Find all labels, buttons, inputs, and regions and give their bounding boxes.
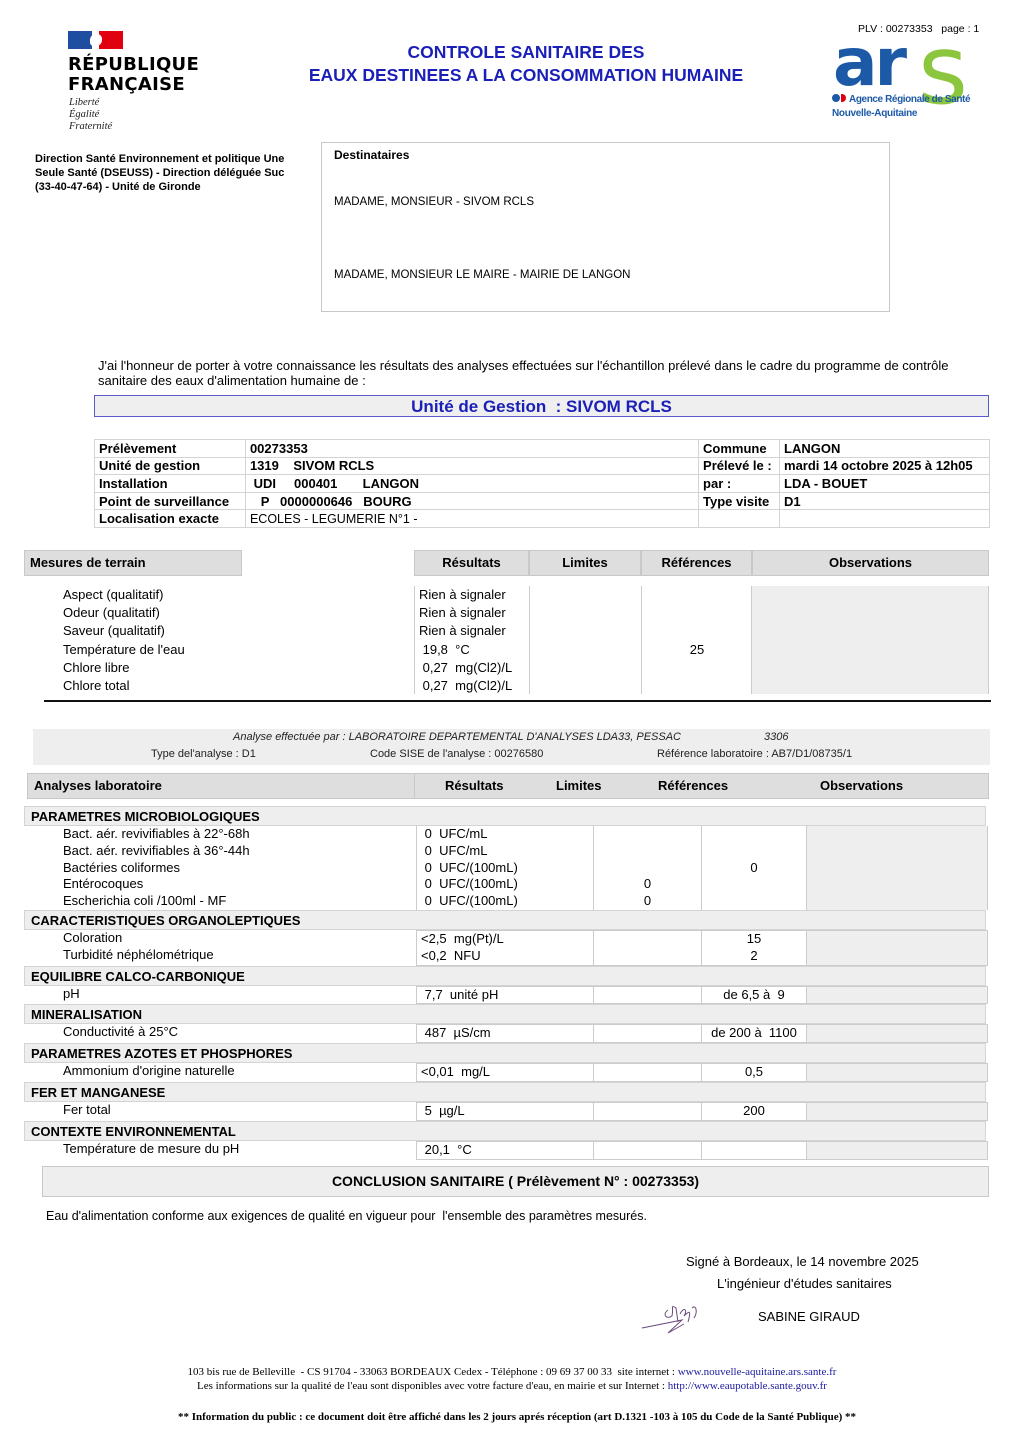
lab-row-reference [702, 843, 806, 860]
installation-label: Installation [95, 475, 246, 493]
lab-row-reference: 2 [702, 948, 806, 965]
title-line1: CONTROLE SANITAIRE DES [250, 41, 802, 64]
empty-cell [780, 510, 990, 528]
motto-egalite: Égalité [69, 109, 112, 121]
sender-direction: Direction Santé Environnement et politiq… [35, 152, 307, 194]
lab-row-result: 0 UFC/(100mL) [421, 860, 593, 877]
lab-title: Analyses laboratoire [27, 773, 415, 799]
terrain-row-reference [642, 659, 752, 677]
lab-group-header: EQUILIBRE CALCO-CARBONIQUE [24, 966, 986, 986]
lab-row-result: 487 µS/cm [421, 1025, 593, 1042]
lab-col-limits: Limites [556, 774, 602, 798]
lab-row-label: pH [63, 986, 416, 1003]
table-row: Installation UDI 000401 LANGON par : LDA… [95, 475, 990, 493]
terrain-title: Mesures de terrain [24, 550, 242, 576]
terrain-row-reference [642, 622, 752, 640]
table-row: Unité de gestion 1319 SIVOM RCLS Prélevé… [95, 457, 990, 475]
lab-group-rows: Fer total 5 µg/L 200 [24, 1102, 990, 1121]
table-row: Point de surveillance P 0000000646 BOURG… [95, 492, 990, 510]
lab-row-result: 20,1 °C [421, 1142, 593, 1159]
lab-group-header: CARACTERISTIQUES ORGANOLEPTIQUES [24, 910, 986, 930]
lab-group-rows: ColorationTurbidité néphélométrique<2,5 … [24, 930, 990, 966]
lab-row-reference [702, 826, 806, 843]
terrain-row-label: Odeur (qualitatif) [63, 604, 185, 622]
par-label: par : [699, 475, 780, 493]
lab-row-label: Entérocoques [63, 876, 416, 893]
lab-row-limit [594, 1103, 701, 1120]
lab-row-label: Coloration [63, 930, 416, 947]
divider [44, 700, 991, 702]
republic-line1: RÉPUBLIQUE [68, 55, 199, 75]
terrain-col-references: Références [641, 550, 752, 576]
lab-row-result: 7,7 unité pH [421, 987, 593, 1004]
lab-row-label: Ammonium d'origine naturelle [63, 1063, 416, 1080]
terrain-row-label: Aspect (qualitatif) [63, 586, 185, 604]
lab-col-observations: Observations [820, 774, 903, 798]
ars-logo-s: s [918, 14, 968, 126]
terrain-row-reference [642, 604, 752, 622]
prelevement-value: 00273353 [245, 440, 698, 458]
terrain-row-label: Saveur (qualitatif) [63, 622, 185, 640]
ars-region: Nouvelle-Aquitaine [832, 108, 917, 119]
lab-row-result: <0,01 mg/L [421, 1064, 593, 1081]
document-title: CONTROLE SANITAIRE DES EAUX DESTINEES A … [250, 41, 802, 87]
localisation-label: Localisation exacte [95, 510, 246, 528]
installation-value: UDI 000401 LANGON [245, 475, 698, 493]
commune-value: LANGON [780, 440, 990, 458]
terrain-row-result: Rien à signaler [419, 622, 529, 640]
lab-group-header: MINERALISATION [24, 1004, 986, 1024]
lab-row-limit [594, 826, 701, 843]
terrain-references: 25 [641, 586, 752, 694]
terrain-labels: Aspect (qualitatif)Odeur (qualitatif)Sav… [63, 586, 185, 695]
lab-row-reference: 0,5 [702, 1064, 806, 1081]
lab-group-rows: Bact. aér. revivifiables à 22°-68hBact. … [24, 826, 990, 910]
lab-row-label: Bact. aér. revivifiables à 22°-68h [63, 826, 416, 843]
empty-cell [699, 510, 780, 528]
recipient-item: MADAME, MONSIEUR - SIVOM RCLS [334, 196, 534, 208]
lab-row-limit [594, 948, 701, 965]
table-row: Localisation exacte ECOLES - LEGUMERIE N… [95, 510, 990, 528]
commune-label: Commune [699, 440, 780, 458]
signature-role: L'ingénieur d'études sanitaires [717, 1276, 892, 1291]
lab-row-label: Bactéries coliformes [63, 860, 416, 877]
sample-info-table: Prélèvement 00273353 Commune LANGON Unit… [94, 439, 990, 528]
type-visite-label: Type visite [699, 492, 780, 510]
lab-group-rows: Ammonium d'origine naturelle<0,01 mg/L 0… [24, 1063, 990, 1082]
terrain-row-reference: 25 [642, 641, 752, 659]
footer-info-link[interactable]: http://www.eaupotable.sante.gouv.fr [668, 1380, 827, 1392]
footer-info: Les informations sur la qualité de l'eau… [0, 1380, 1024, 1392]
terrain-col-results: Résultats [414, 550, 529, 576]
lab-row-label: Fer total [63, 1102, 416, 1119]
recipients-title: Destinataires [334, 148, 409, 162]
direction-line2: Seule Santé (DSEUSS) - Direction délégué… [35, 166, 307, 180]
lab-reference: Référence laboratoire : AB7/D1/08735/1 [657, 748, 852, 760]
lab-row-limit [594, 1064, 701, 1081]
signature-place-date: Signé à Bordeaux, le 14 novembre 2025 [686, 1254, 919, 1269]
republique-francaise-logo: RÉPUBLIQUE FRANÇAISE [68, 55, 199, 95]
lab-row-label: Escherichia coli /100ml - MF [63, 893, 416, 910]
lab-row-limit: 0 [594, 876, 701, 893]
preleve-le-value: mardi 14 octobre 2025 à 12h05 [780, 457, 990, 475]
lab-code: 3306 [764, 731, 788, 743]
lab-performed-by: Analyse effectuée par : LABORATOIRE DEPA… [233, 731, 681, 743]
lab-results-table: PARAMETRES MICROBIOLOGIQUESBact. aér. re… [24, 806, 990, 1160]
lab-row-limit [594, 987, 701, 1004]
terrain-results: Rien à signalerRien à signalerRien à sig… [414, 586, 529, 694]
ars-agency-text: Agence Régionale de Santé [849, 94, 970, 105]
public-notice: ** Information du public : ce document d… [0, 1411, 1024, 1423]
table-row: Prélèvement 00273353 Commune LANGON [95, 440, 990, 458]
lab-row-label: Bact. aér. revivifiables à 36°-44h [63, 843, 416, 860]
lab-row-reference [702, 893, 806, 910]
title-line2: EAUX DESTINEES A LA CONSOMMATION HUMAINE [250, 64, 802, 87]
terrain-observations [751, 586, 989, 694]
analysis-type: Type del'analyse : D1 [151, 748, 256, 760]
recipients-box: Destinataires MADAME, MONSIEUR - SIVOM R… [321, 142, 890, 312]
par-value: LDA - BOUET [780, 475, 990, 493]
lab-row-reference: 0 [702, 860, 806, 877]
lab-row-label: Température de mesure du pH [63, 1141, 416, 1158]
lab-row-label: Turbidité néphélométrique [63, 947, 416, 964]
ars-dot-icon [832, 94, 840, 102]
conclusion-title: CONCLUSION SANITAIRE ( Prélèvement N° : … [42, 1166, 989, 1197]
lab-row-result: 0 UFC/(100mL) [421, 893, 593, 910]
motto-fraternite: Fraternité [69, 121, 112, 133]
sise-code: Code SISE de l'analyse : 00276580 [370, 748, 543, 760]
terrain-row-reference [642, 586, 752, 604]
preleve-le-label: Prélevé le : [699, 457, 780, 475]
localisation-value: ECOLES - LEGUMERIE N°1 - [245, 510, 698, 528]
terrain-row-result: 0,27 mg(Cl2)/L [419, 677, 529, 695]
lab-row-result: <0,2 NFU [421, 948, 593, 965]
signatory-name: SABINE GIRAUD [758, 1309, 860, 1324]
republic-line2: FRANÇAISE [68, 75, 199, 95]
lab-col-results: Résultats [445, 774, 504, 798]
terrain-col-observations: Observations [752, 550, 989, 576]
lab-group-rows: pH 7,7 unité pH de 6,5 à 9 [24, 986, 990, 1005]
lab-row-reference [702, 876, 806, 893]
point-value: P 0000000646 BOURG [245, 492, 698, 510]
type-visite-value: D1 [780, 492, 990, 510]
footer-address: 103 bis rue de Belleville - CS 91704 - 3… [0, 1366, 1024, 1378]
lab-group-rows: Température de mesure du pH 20,1 °C [24, 1141, 990, 1160]
motto: Liberté Égalité Fraternité [69, 97, 112, 133]
lab-row-reference: 200 [702, 1103, 806, 1120]
lab-row-limit [594, 931, 701, 948]
lab-row-reference: de 6,5 à 9 [702, 987, 806, 1004]
conclusion-text: Eau d'alimentation conforme aux exigence… [46, 1209, 647, 1223]
lab-row-reference: de 200 à 1100 [702, 1025, 806, 1042]
lab-row-result: 5 µg/L [421, 1103, 593, 1120]
lab-group-header: PARAMETRES AZOTES ET PHOSPHORES [24, 1043, 986, 1063]
point-label: Point de surveillance [95, 492, 246, 510]
lab-info-banner: Analyse effectuée par : LABORATOIRE DEPA… [33, 729, 990, 765]
lab-row-limit [594, 860, 701, 877]
footer-address-text: 103 bis rue de Belleville - CS 91704 - 3… [188, 1366, 678, 1378]
unite-value: 1319 SIVOM RCLS [245, 457, 698, 475]
lab-group-rows: Conductivité à 25°C 487 µS/cm de 200 à 1… [24, 1024, 990, 1043]
lab-group-header: FER ET MANGANESE [24, 1082, 986, 1102]
terrain-col-limits: Limites [529, 550, 641, 576]
recipient-item: MADAME, MONSIEUR LE MAIRE - MAIRIE DE LA… [334, 269, 630, 281]
lab-row-limit [594, 843, 701, 860]
footer-site-link[interactable]: www.nouvelle-aquitaine.ars.sante.fr [678, 1366, 837, 1378]
terrain-row-label: Chlore total [63, 677, 185, 695]
lab-row-reference [702, 1142, 806, 1159]
ars-halfdot-icon [841, 94, 846, 102]
lab-row-limit [594, 1025, 701, 1042]
unite-label: Unité de gestion [95, 457, 246, 475]
terrain-row-result: 19,8 °C [419, 641, 529, 659]
ars-logo-ar: ar [833, 24, 904, 101]
terrain-limits [529, 586, 641, 694]
terrain-row-result: Rien à signaler [419, 586, 529, 604]
terrain-row-label: Température de l'eau [63, 641, 185, 659]
motto-liberte: Liberté [69, 97, 112, 109]
lab-row-limit: 0 [594, 893, 701, 910]
terrain-row-label: Chlore libre [63, 659, 185, 677]
direction-line3: (33-40-47-64) - Unité de Gironde [35, 180, 307, 194]
unite-gestion-banner: Unité de Gestion : SIVOM RCLS [94, 395, 989, 417]
lab-header: Résultats Limites Références Observation… [414, 773, 989, 799]
ars-logo: ar s Agence Régionale de Santé Nouvelle-… [830, 36, 1000, 136]
terrain-row-result: 0,27 mg(Cl2)/L [419, 659, 529, 677]
prelevement-label: Prélèvement [95, 440, 246, 458]
footer-info-text: Les informations sur la qualité de l'eau… [197, 1380, 668, 1392]
lab-row-limit [594, 1142, 701, 1159]
lab-row-reference: 15 [702, 931, 806, 948]
lab-row-result: 0 UFC/(100mL) [421, 876, 593, 893]
lab-group-header: CONTEXTE ENVIRONNEMENTAL [24, 1121, 986, 1141]
lab-row-result: 0 UFC/mL [421, 843, 593, 860]
direction-line1: Direction Santé Environnement et politiq… [35, 152, 307, 166]
lab-col-references: Références [658, 774, 728, 798]
ars-agency: Agence Régionale de Santé [832, 94, 970, 105]
terrain-row-reference [642, 677, 752, 695]
lab-row-label: Conductivité à 25°C [63, 1024, 416, 1041]
intro-text: J'ai l'honneur de porter à votre connais… [98, 358, 988, 388]
signature-image-icon [638, 1300, 718, 1336]
terrain-row-result: Rien à signaler [419, 604, 529, 622]
republique-francaise-flag-icon [68, 31, 123, 49]
lab-row-result: 0 UFC/mL [421, 826, 593, 843]
lab-row-result: <2,5 mg(Pt)/L [421, 931, 593, 948]
lab-group-header: PARAMETRES MICROBIOLOGIQUES [24, 806, 986, 826]
